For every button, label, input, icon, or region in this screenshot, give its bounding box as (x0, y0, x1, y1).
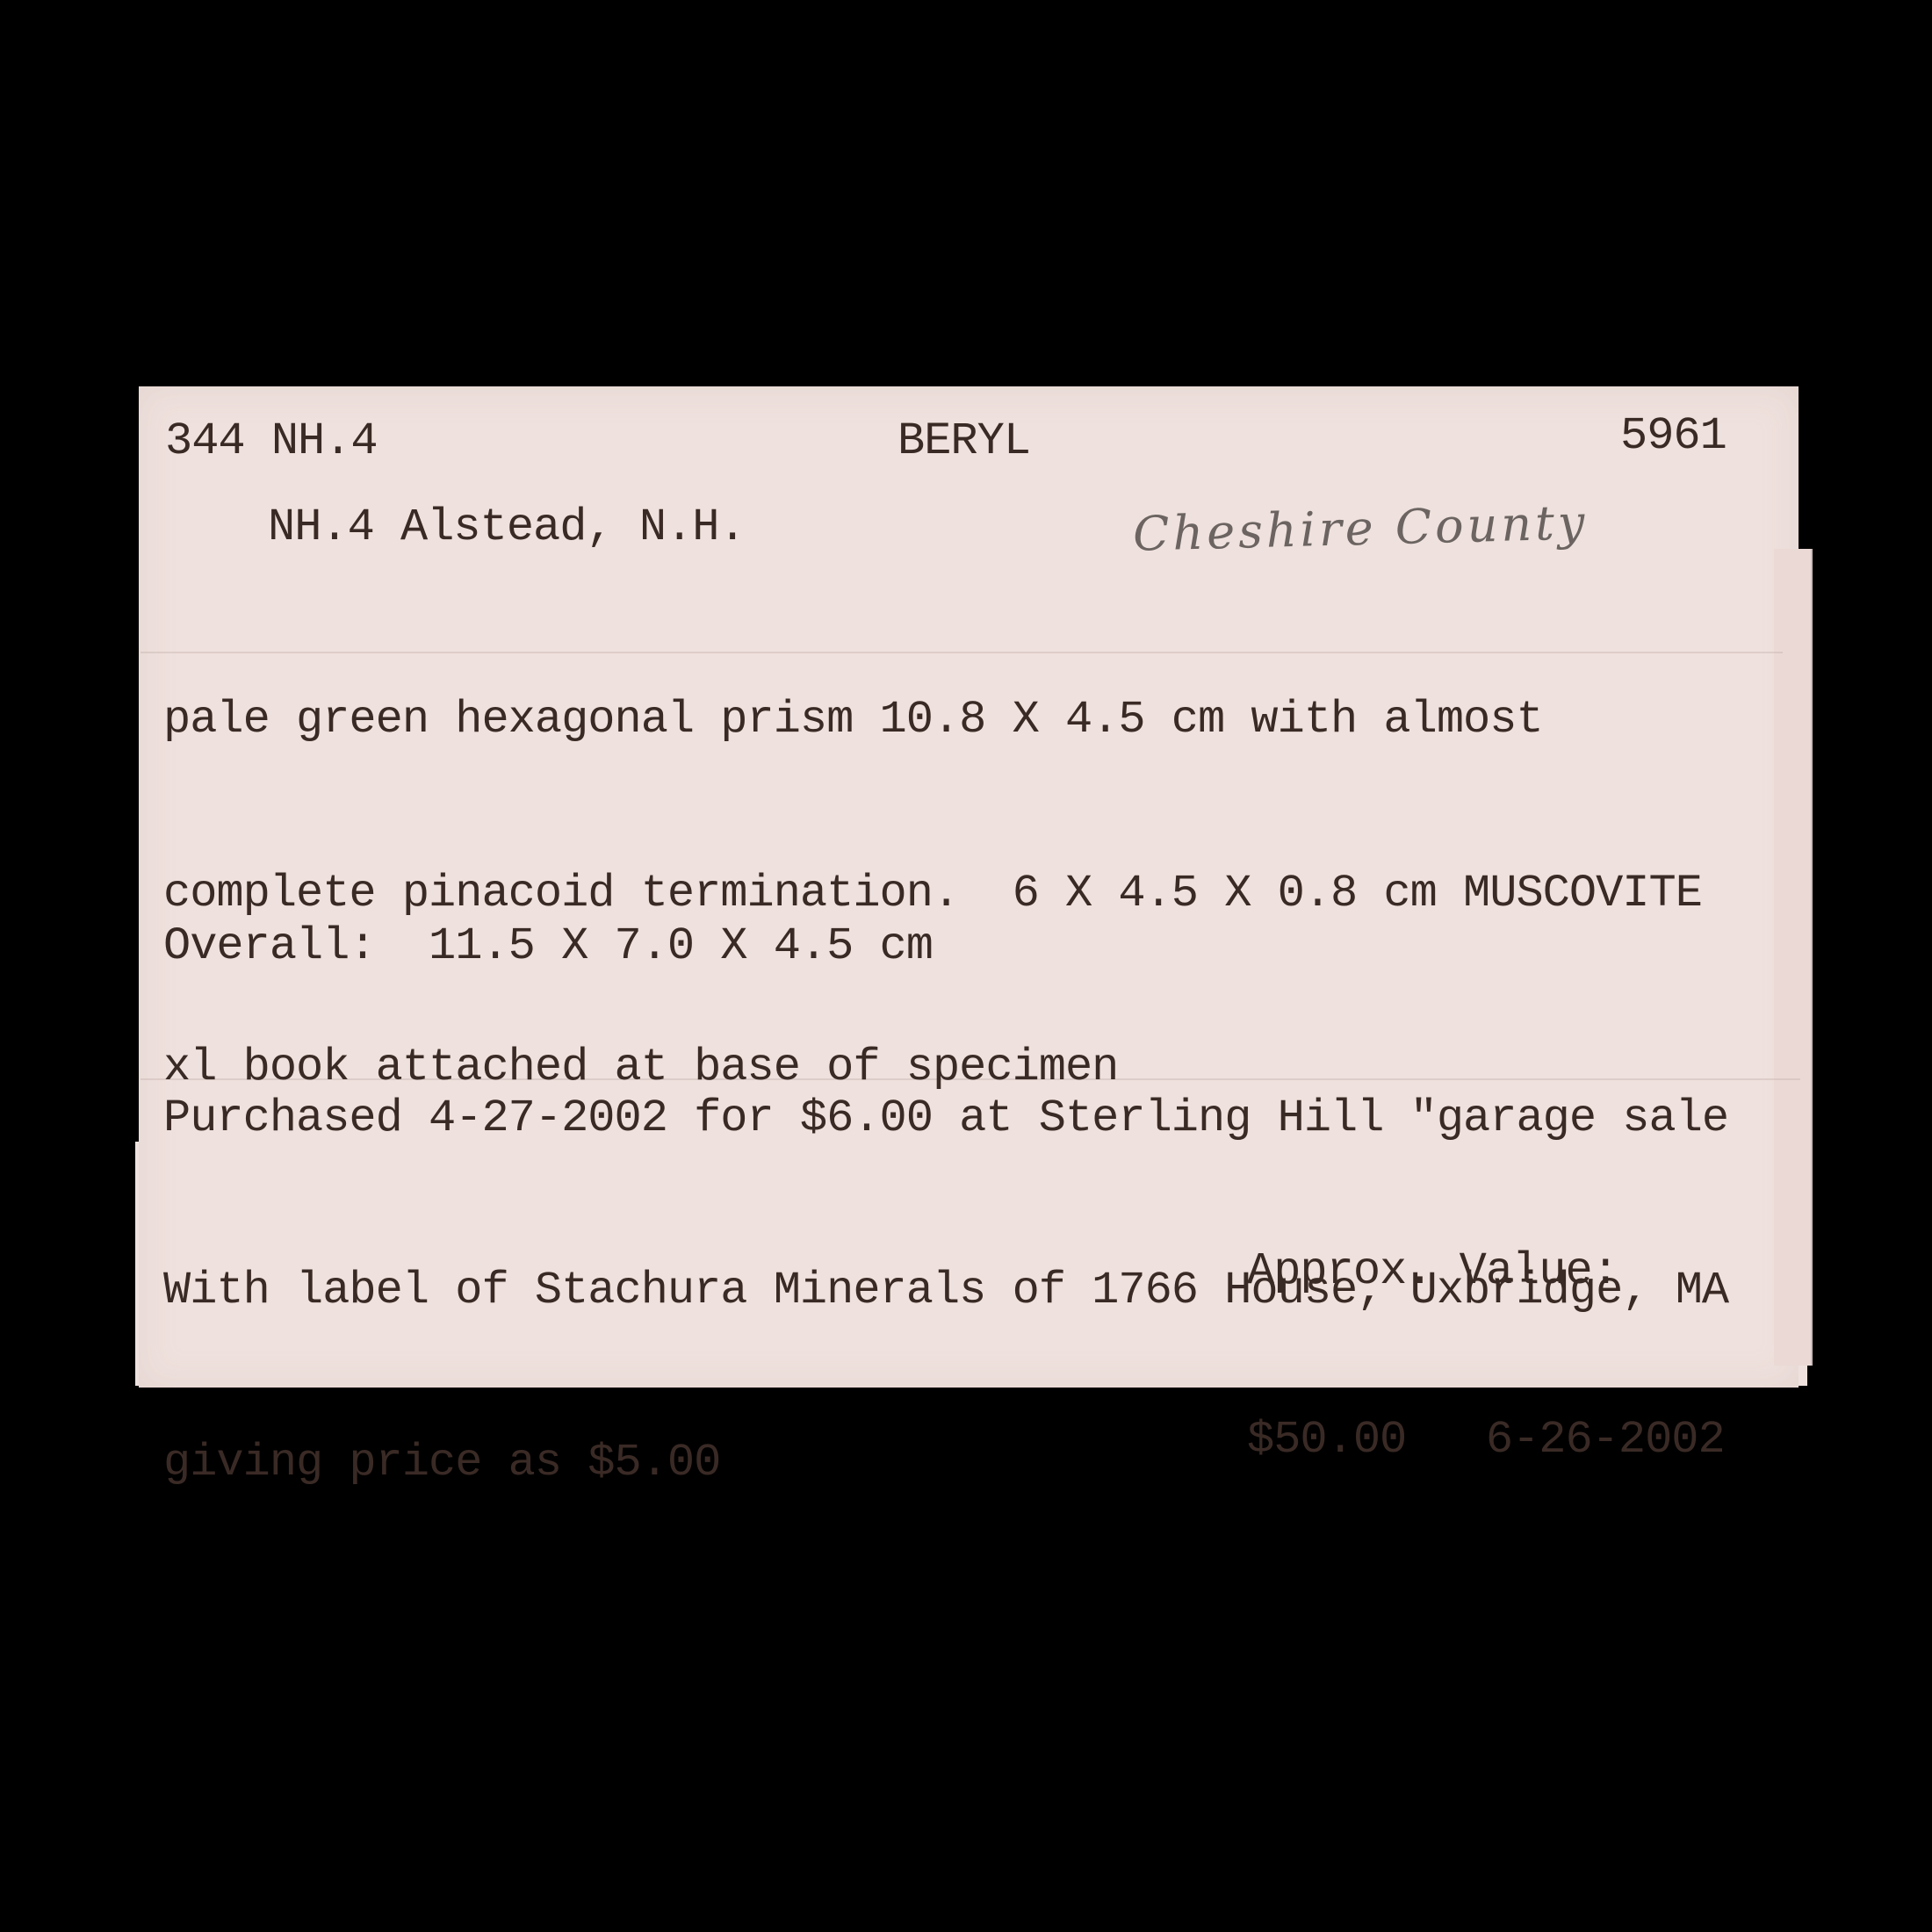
catalog-reference: 344 NH.4 (165, 413, 378, 471)
value-amount: $50.00 (1247, 1414, 1406, 1466)
value-heading: Approx. Value: (1247, 1243, 1725, 1295)
paper-card-right-edge (1774, 549, 1813, 1366)
mineral-name: BERYL (898, 413, 1030, 471)
value-date: 6-26-2002 (1486, 1414, 1725, 1466)
specimen-number: 5961 (1620, 407, 1727, 465)
value-row: $50.00 6-26-2002 (1247, 1411, 1725, 1464)
locality: NH.4 Alstead, N.H. (268, 499, 746, 557)
detail-line: Overall: 11.5 X 7.0 X 4.5 cm (163, 918, 1728, 974)
description-line: pale green hexagonal prism 10.8 X 4.5 cm… (163, 691, 1702, 749)
approx-value-block: Approx. Value: $50.00 6-26-2002 (1247, 1127, 1725, 1522)
